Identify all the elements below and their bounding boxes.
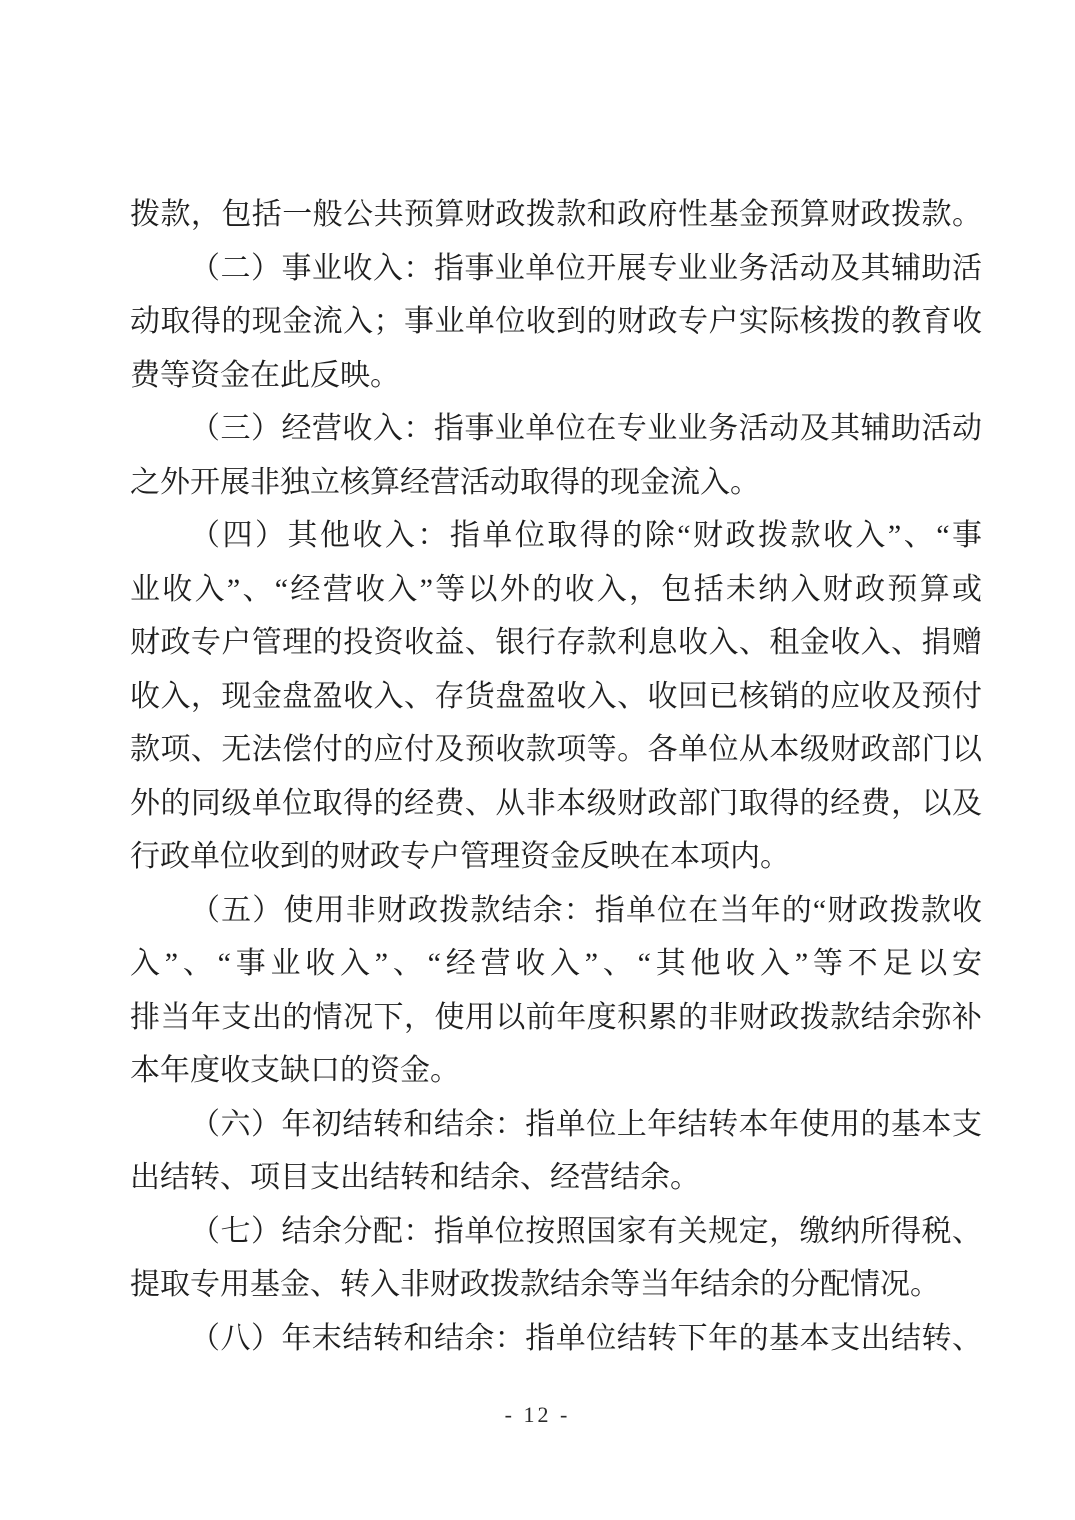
page-footer: - 12 -	[0, 1402, 1075, 1428]
text-line: （四）其他收入：指单位取得的除“财政拨款收入”、“事	[130, 509, 982, 563]
text-line: 出结转、项目支出结转和结余、经营结余。	[130, 1151, 982, 1205]
text-line: 款项、无法偿付的应付及预收款项等。各单位从本级财政部门以	[130, 723, 982, 777]
text-line: 收入，现金盘盈收入、存货盘盈收入、收回已核销的应收及预付	[130, 670, 982, 724]
text-line: 行政单位收到的财政专户管理资金反映在本项内。	[130, 830, 982, 884]
text-line: 业收入”、“经营收入”等以外的收入，包括未纳入财政预算或	[130, 563, 982, 617]
paragraph: （五）使用非财政拨款结余：指单位在当年的“财政拨款收入”、“事业收入”、“经营收…	[130, 884, 982, 1098]
paragraph: （六）年初结转和结余：指单位上年结转本年使用的基本支出结转、项目支出结转和结余、…	[130, 1098, 982, 1205]
text-line: （二）事业收入：指事业单位开展专业业务活动及其辅助活	[130, 242, 982, 296]
page-number: - 12 -	[505, 1402, 571, 1427]
paragraph: 拨款，包括一般公共预算财政拨款和政府性基金预算财政拨款。	[130, 188, 982, 242]
text-line: 本年度收支缺口的资金。	[130, 1044, 982, 1098]
paragraph: （四）其他收入：指单位取得的除“财政拨款收入”、“事业收入”、“经营收入”等以外…	[130, 509, 982, 884]
text-line: （七）结余分配：指单位按照国家有关规定，缴纳所得税、	[130, 1205, 982, 1259]
document-body: 拨款，包括一般公共预算财政拨款和政府性基金预算财政拨款。（二）事业收入：指事业单…	[130, 188, 982, 1365]
text-line: 财政专户管理的投资收益、银行存款利息收入、租金收入、捐赠	[130, 616, 982, 670]
text-line: 拨款，包括一般公共预算财政拨款和政府性基金预算财政拨款。	[130, 188, 982, 242]
text-line: 之外开展非独立核算经营活动取得的现金流入。	[130, 456, 982, 510]
text-line: 入”、“事业收入”、“经营收入”、“其他收入”等不足以安	[130, 937, 982, 991]
document-page: 拨款，包括一般公共预算财政拨款和政府性基金预算财政拨款。（二）事业收入：指事业单…	[0, 0, 1075, 1520]
paragraph: （七）结余分配：指单位按照国家有关规定，缴纳所得税、提取专用基金、转入非财政拨款…	[130, 1205, 982, 1312]
paragraph: （八）年末结转和结余：指单位结转下年的基本支出结转、	[130, 1312, 982, 1366]
text-line: 动取得的现金流入；事业单位收到的财政专户实际核拨的教育收	[130, 295, 982, 349]
text-line: 费等资金在此反映。	[130, 349, 982, 403]
text-line: （八）年末结转和结余：指单位结转下年的基本支出结转、	[130, 1312, 982, 1366]
text-line: （六）年初结转和结余：指单位上年结转本年使用的基本支	[130, 1098, 982, 1152]
text-line: 提取专用基金、转入非财政拨款结余等当年结余的分配情况。	[130, 1258, 982, 1312]
paragraph: （三）经营收入：指事业单位在专业业务活动及其辅助活动之外开展非独立核算经营活动取…	[130, 402, 982, 509]
paragraph: （二）事业收入：指事业单位开展专业业务活动及其辅助活动取得的现金流入；事业单位收…	[130, 242, 982, 403]
text-line: 外的同级单位取得的经费、从非本级财政部门取得的经费，以及	[130, 777, 982, 831]
text-line: （三）经营收入：指事业单位在专业业务活动及其辅助活动	[130, 402, 982, 456]
text-line: （五）使用非财政拨款结余：指单位在当年的“财政拨款收	[130, 884, 982, 938]
text-line: 排当年支出的情况下，使用以前年度积累的非财政拨款结余弥补	[130, 991, 982, 1045]
